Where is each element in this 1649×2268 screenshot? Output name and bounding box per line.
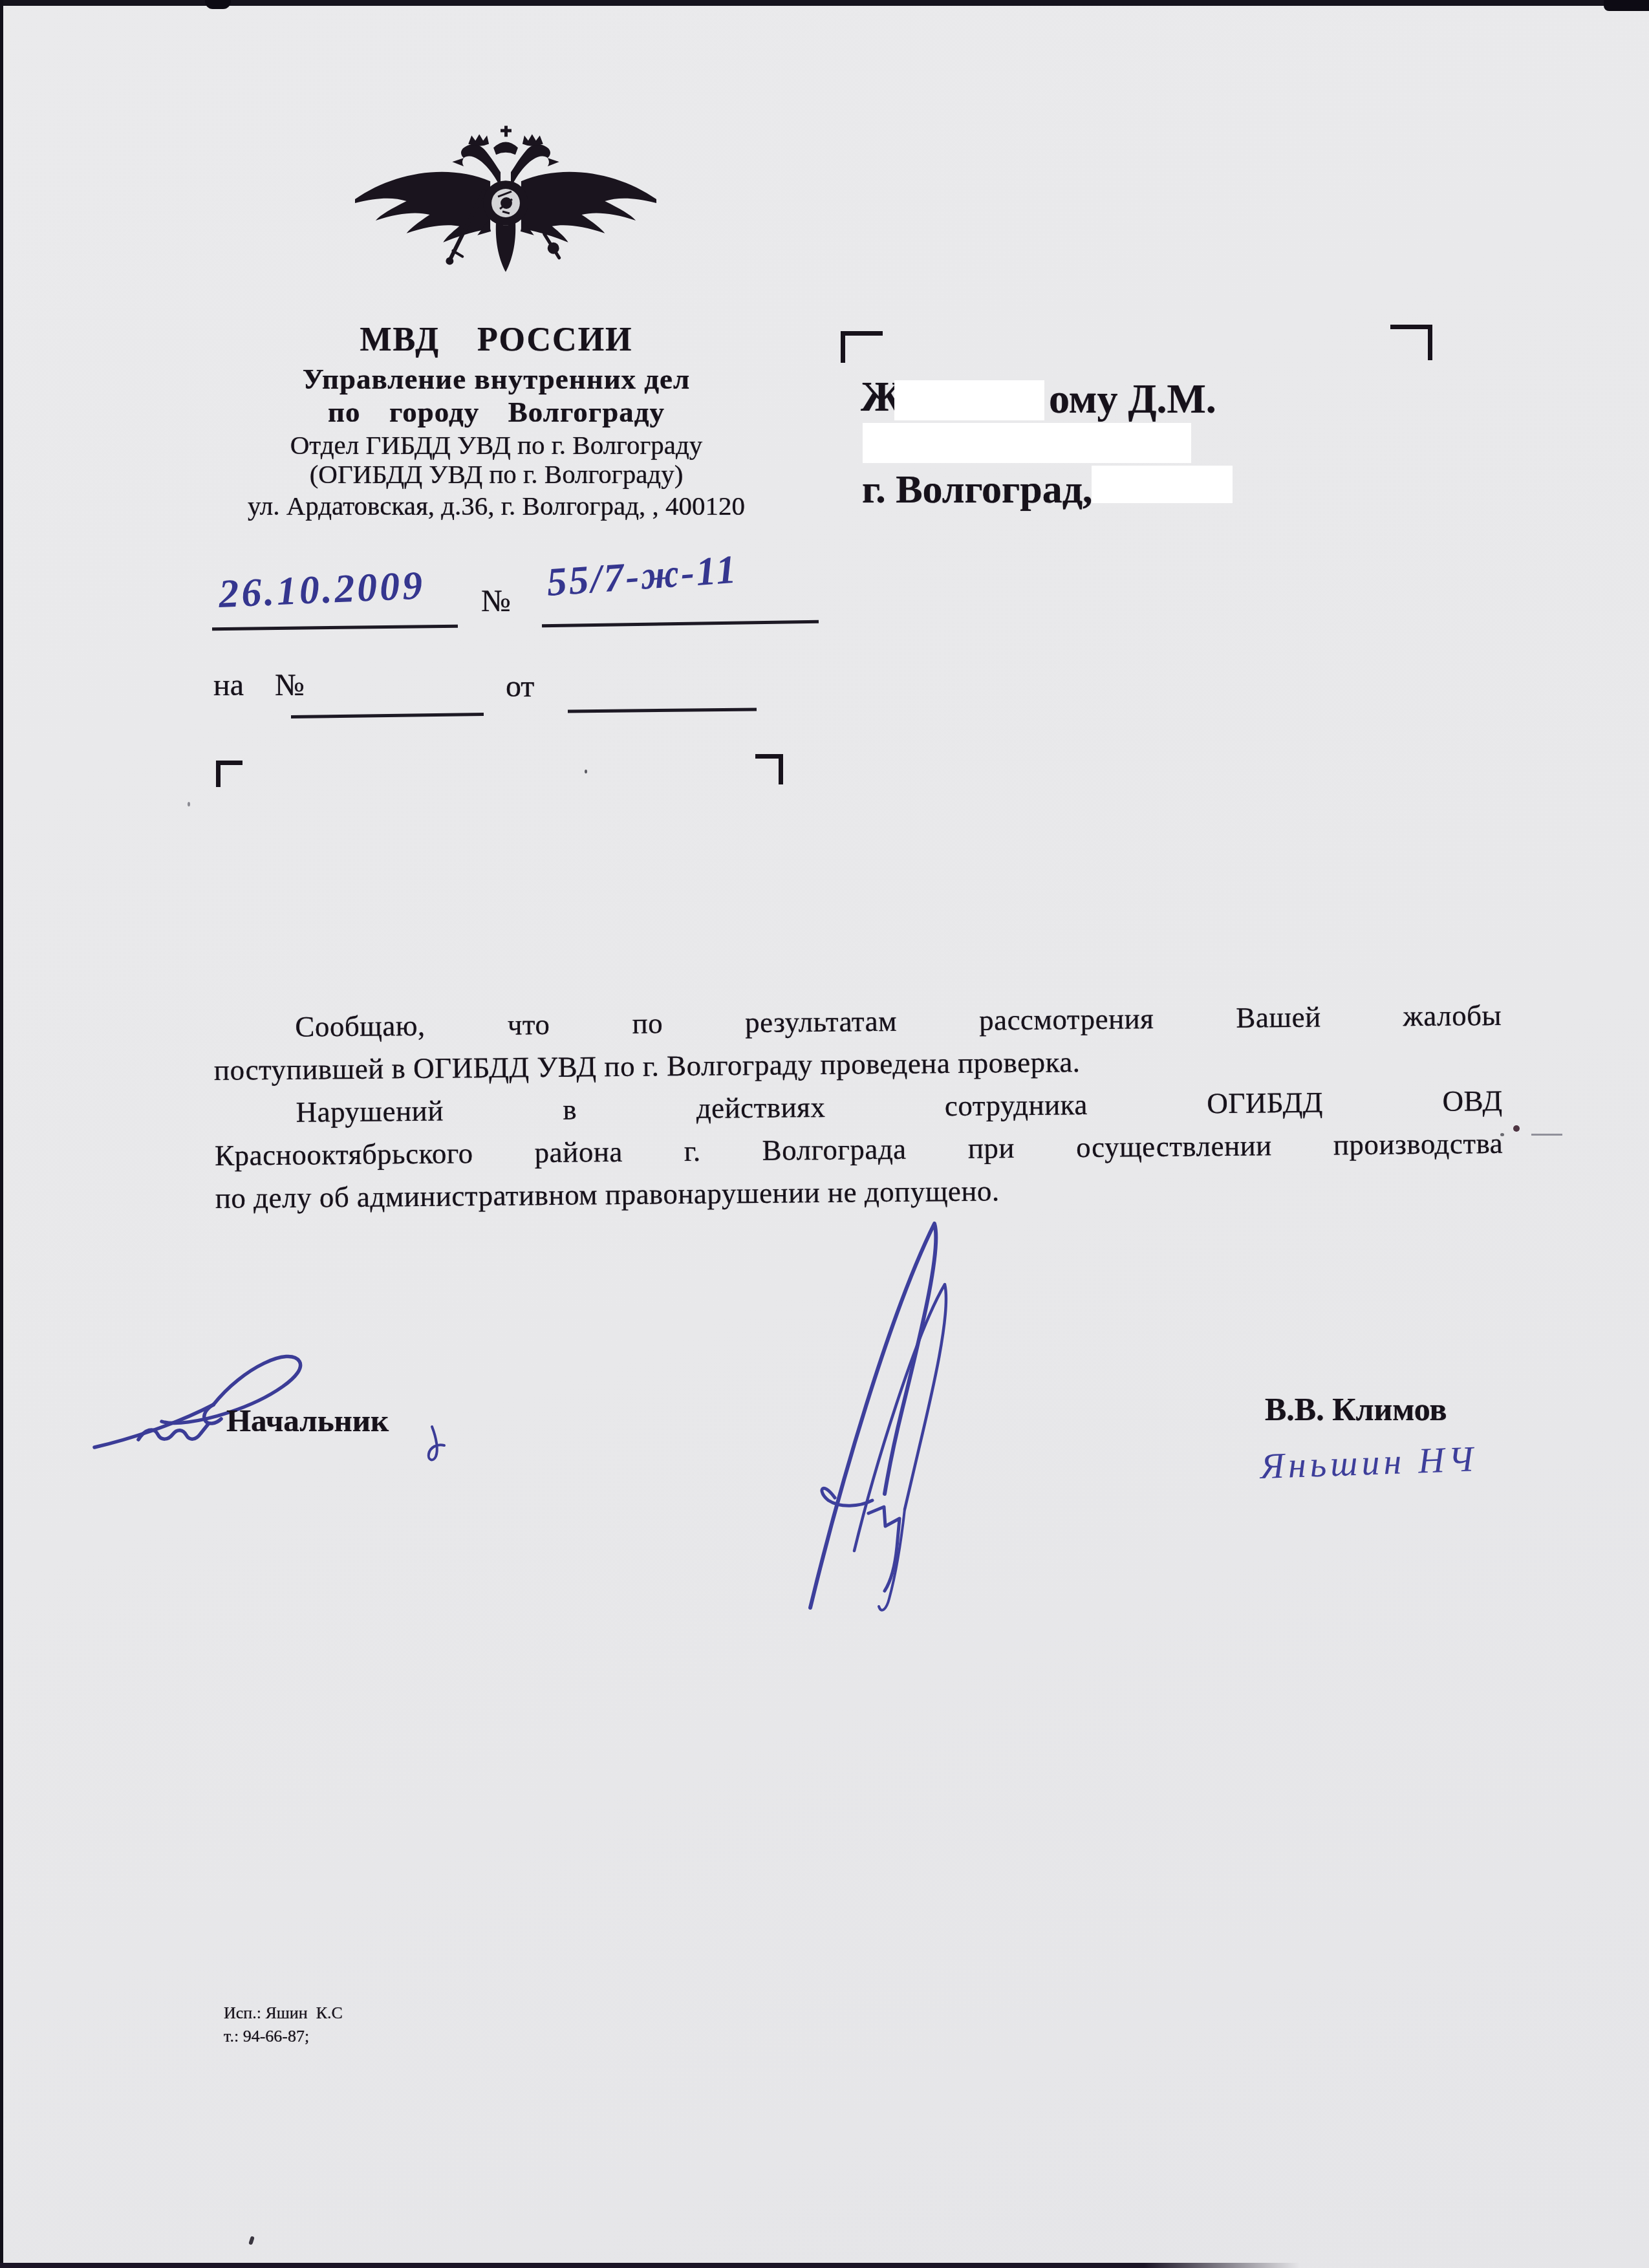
executor-phone: т.: 94-66-87; (224, 2027, 309, 2046)
chief-signature (792, 1208, 973, 1625)
redaction-box-house (1092, 466, 1233, 503)
letterhead-department: Отдел ГИБДД УВД по г. Волгограду (191, 429, 802, 460)
redaction-box-surname (894, 380, 1044, 420)
approval-scribble-signature (76, 1343, 322, 1459)
letterhead-directorate: Управление внутренних дел (191, 362, 802, 396)
signatory-title: Начальник (226, 1402, 389, 1439)
addressee-city: г. Волгоград, (862, 467, 1093, 513)
scan-edge-bottom (0, 2263, 1300, 2268)
frame-corner-mark-bottom-right (755, 754, 783, 784)
handwritten-number: 55/7-ж-11 (545, 547, 739, 606)
scan-edge-left (0, 0, 3, 2268)
pen-flourish-icon (422, 1424, 455, 1464)
signatory-name: В.В. Климов (1265, 1390, 1447, 1428)
number-underline (542, 620, 819, 628)
letterhead-org-name: МВД РОССИИ (191, 321, 802, 359)
date-underline (212, 625, 458, 631)
executor-line: Исп.: Яшин К.С (224, 2003, 343, 2023)
scan-artifact-top-right (1604, 0, 1649, 11)
scan-speck (248, 2236, 255, 2245)
addressee-name-suffix: ому Д.М. (1049, 375, 1216, 423)
scan-artifact-top-left (205, 0, 231, 9)
letter-body: Сообщаю, что по результатам рассмотрения… (213, 994, 1503, 1220)
address-corner-mark-top-right (1390, 325, 1432, 360)
scanned-letter-page: МВД РОССИИ Управление внутренних дел по … (0, 0, 1649, 2268)
handwritten-date: 26.10.2009 (218, 563, 426, 618)
scan-speck (188, 802, 190, 806)
scan-speck (1531, 1134, 1562, 1136)
reply-to-label: на № (213, 667, 305, 703)
number-sign: № (481, 583, 511, 619)
reply-number-underline (291, 713, 484, 718)
scan-speck (1513, 1125, 1520, 1132)
reply-date-underline (568, 707, 757, 713)
address-corner-mark-top-left (841, 331, 883, 363)
redaction-box-street (863, 423, 1191, 463)
scan-edge-top (0, 0, 1649, 6)
mvd-eagle-emblem (351, 124, 660, 287)
letterhead-address: ул. Ардатовская, д.36, г. Волгоград, , 4… (191, 490, 802, 521)
handwritten-note: Яньшин НЧ (1260, 1438, 1478, 1487)
letterhead-city: по городу Волгограду (191, 395, 802, 429)
scan-speck (585, 770, 587, 773)
reply-from-label: от (506, 669, 534, 704)
letterhead-department-abbrev: (ОГИБДД УВД по г. Волгограду) (191, 459, 802, 490)
frame-corner-mark-bottom-left (216, 761, 242, 787)
scan-speck (1500, 1133, 1504, 1136)
